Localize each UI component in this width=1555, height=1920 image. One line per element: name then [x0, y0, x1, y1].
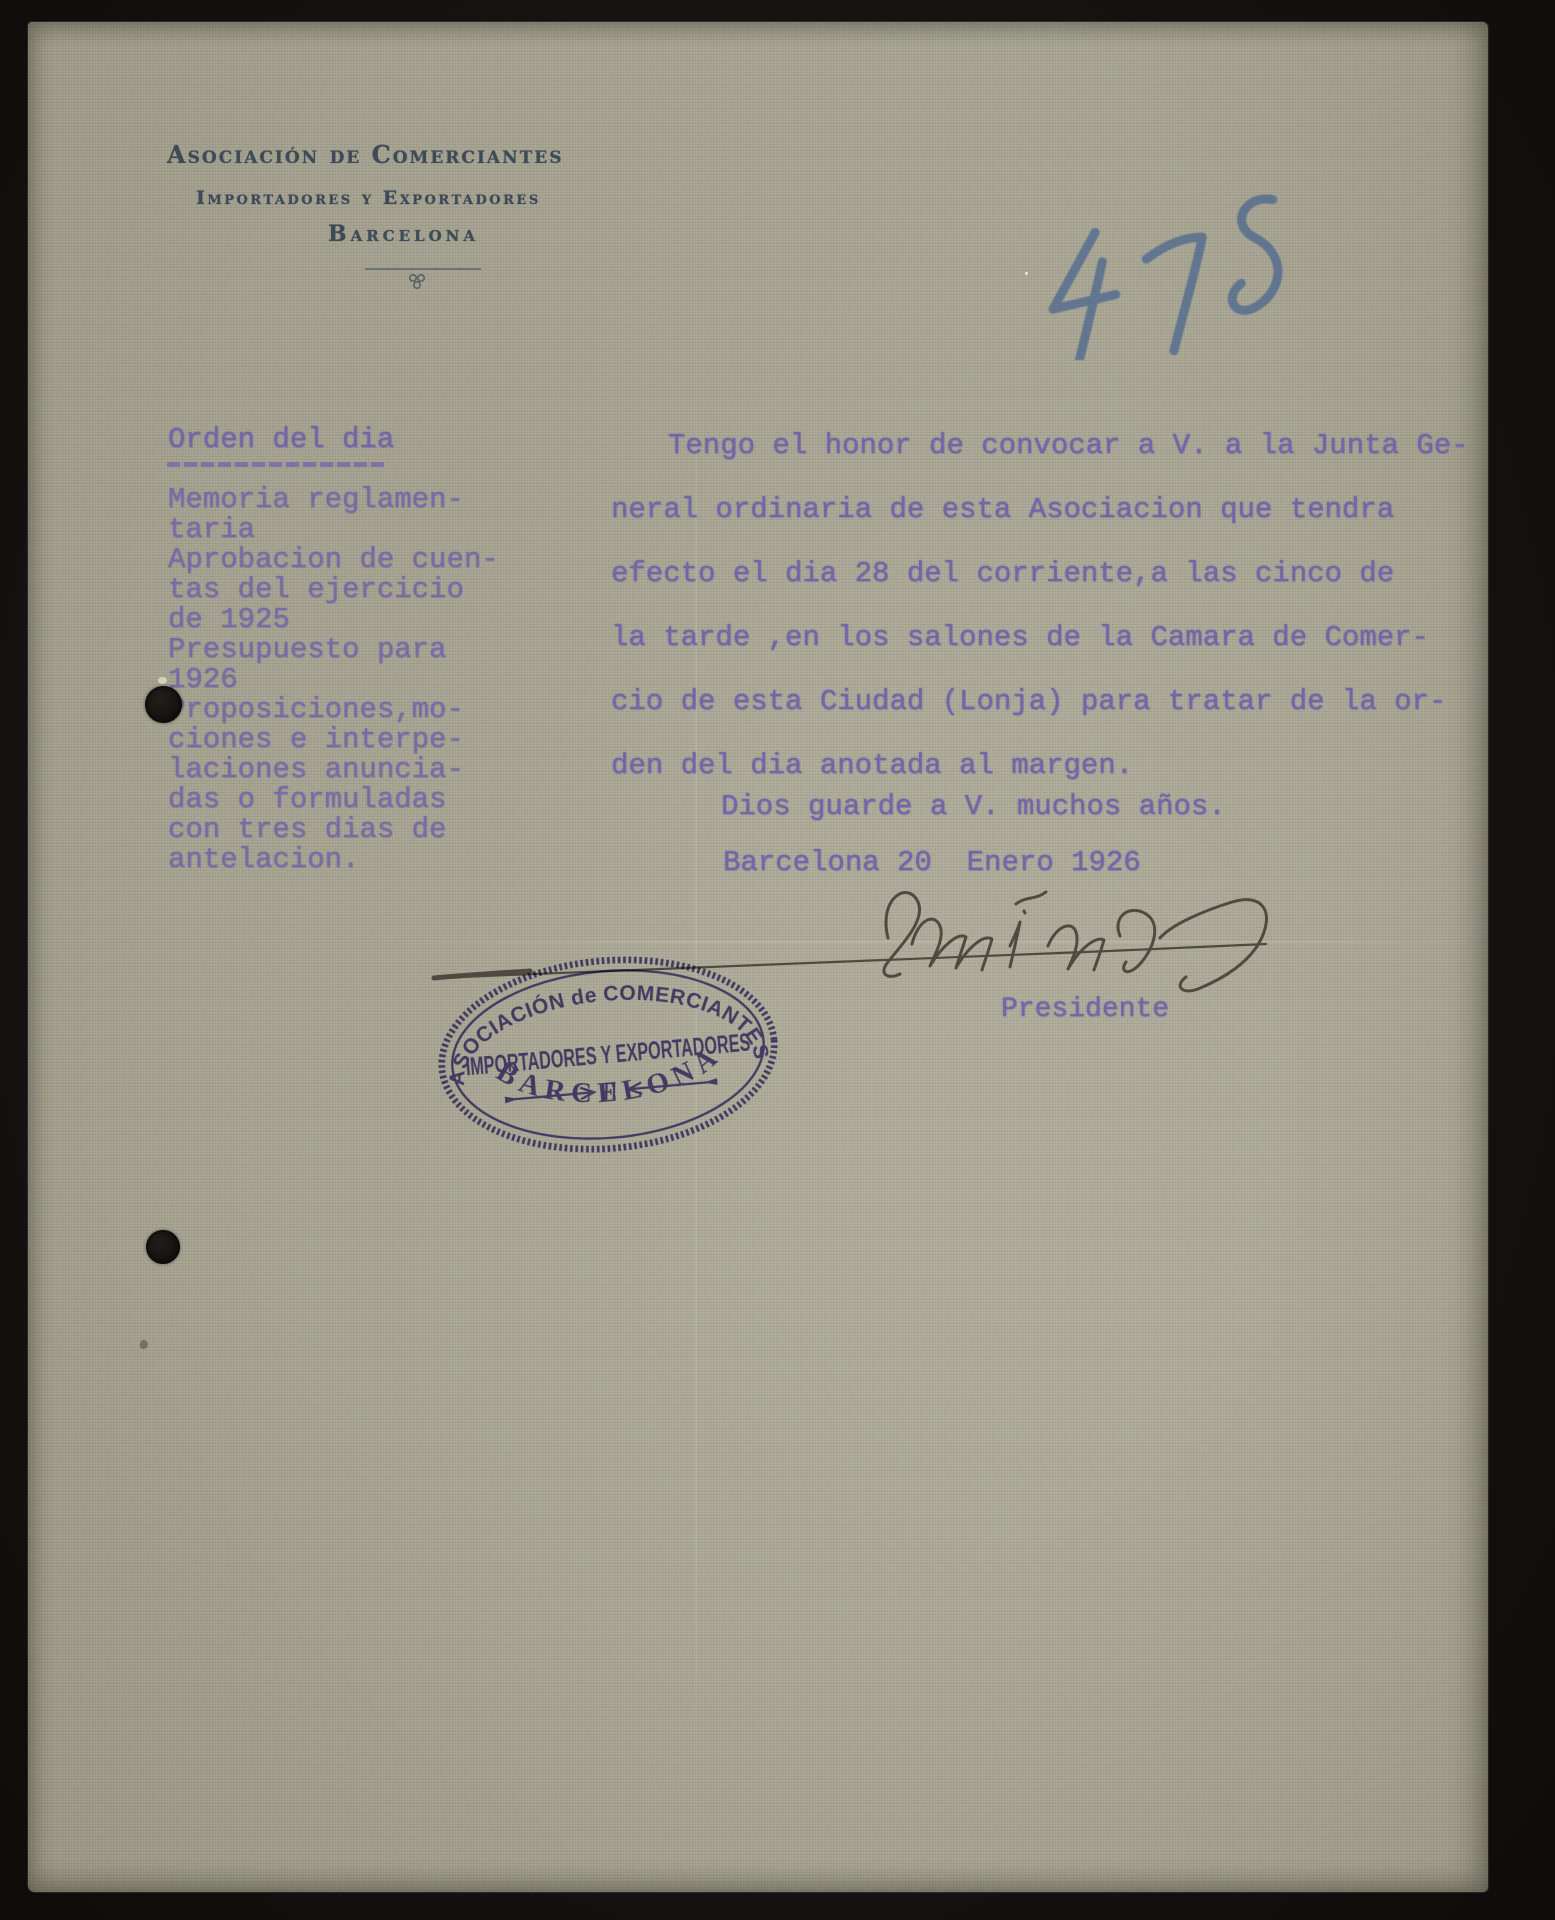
- margin-note-items: Memoria reglamen- taria Aprobacion de cu…: [168, 485, 499, 875]
- margin-item: taria: [168, 515, 499, 545]
- signature-stroke: [1118, 910, 1155, 971]
- body-line: den del dia anotada al margen.: [611, 734, 1469, 798]
- paper-speck: [1025, 272, 1028, 275]
- margin-item: con tres dias de: [168, 815, 499, 845]
- digit-7: [1145, 237, 1214, 353]
- letterhead-line-2: Importadores y Exportadores: [196, 187, 541, 209]
- margin-item: Aprobacion de cuen-: [168, 545, 499, 575]
- body-line: la tarde ,en los salones de la Camara de…: [611, 606, 1469, 670]
- margin-note-underline: [167, 462, 385, 467]
- margin-item: antelacion.: [168, 845, 499, 875]
- margin-item: Memoria reglamen-: [168, 485, 499, 515]
- body-line: efecto el dia 28 del corriente,a las cin…: [611, 542, 1469, 606]
- letterhead-line-1: Asociación de Comerciantes: [167, 140, 564, 169]
- paper-tear-nick: [158, 677, 167, 684]
- margin-item: Presupuesto para: [168, 635, 499, 665]
- digit-8: [1222, 198, 1284, 311]
- body-line: Tengo el honor de convocar a V. a la Jun…: [611, 414, 1469, 478]
- letterhead-rule: [365, 268, 481, 270]
- letter-body: Tengo el honor de convocar a V. a la Jun…: [611, 414, 1469, 798]
- ink-speck: [139, 1339, 149, 1350]
- margin-item: laciones anuncia-: [168, 755, 499, 785]
- body-line: neral ordinaria de esta Asociacion que t…: [611, 478, 1469, 542]
- body-line: cio de esta Ciudad (Lonja) para tratar d…: [611, 670, 1469, 734]
- rubber-stamp: ASOCIACIÓN de COMERCIANTES IMPORTADORES …: [417, 932, 798, 1178]
- scanned-letter-paper: Asociación de Comerciantes Importadores …: [28, 22, 1488, 1892]
- letterhead-line-3: Barcelona: [328, 221, 479, 247]
- margin-item: de 1925: [168, 605, 499, 635]
- signature-stroke: [1048, 926, 1104, 970]
- margin-item: das o formuladas: [168, 785, 499, 815]
- hole-punch-bottom: [146, 1230, 180, 1264]
- hole-punch-top: [145, 686, 182, 723]
- handwritten-reference-number: 478: [1008, 190, 1308, 360]
- margin-item: Proposiciones,mo-: [168, 695, 499, 725]
- margin-item: ciones e interpe-: [168, 725, 499, 755]
- trefoil-ornament-icon: [406, 272, 428, 292]
- signature-stroke: [912, 919, 992, 970]
- signer-title: Presidente: [1001, 994, 1169, 1026]
- margin-item: tas del ejercicio: [168, 575, 499, 605]
- margin-note-heading: Orden del dia: [168, 425, 394, 455]
- digit-4: [1045, 231, 1116, 309]
- margin-item: 1926: [168, 665, 499, 695]
- salutation: Dios guarde a V. muchos años.: [721, 790, 1226, 824]
